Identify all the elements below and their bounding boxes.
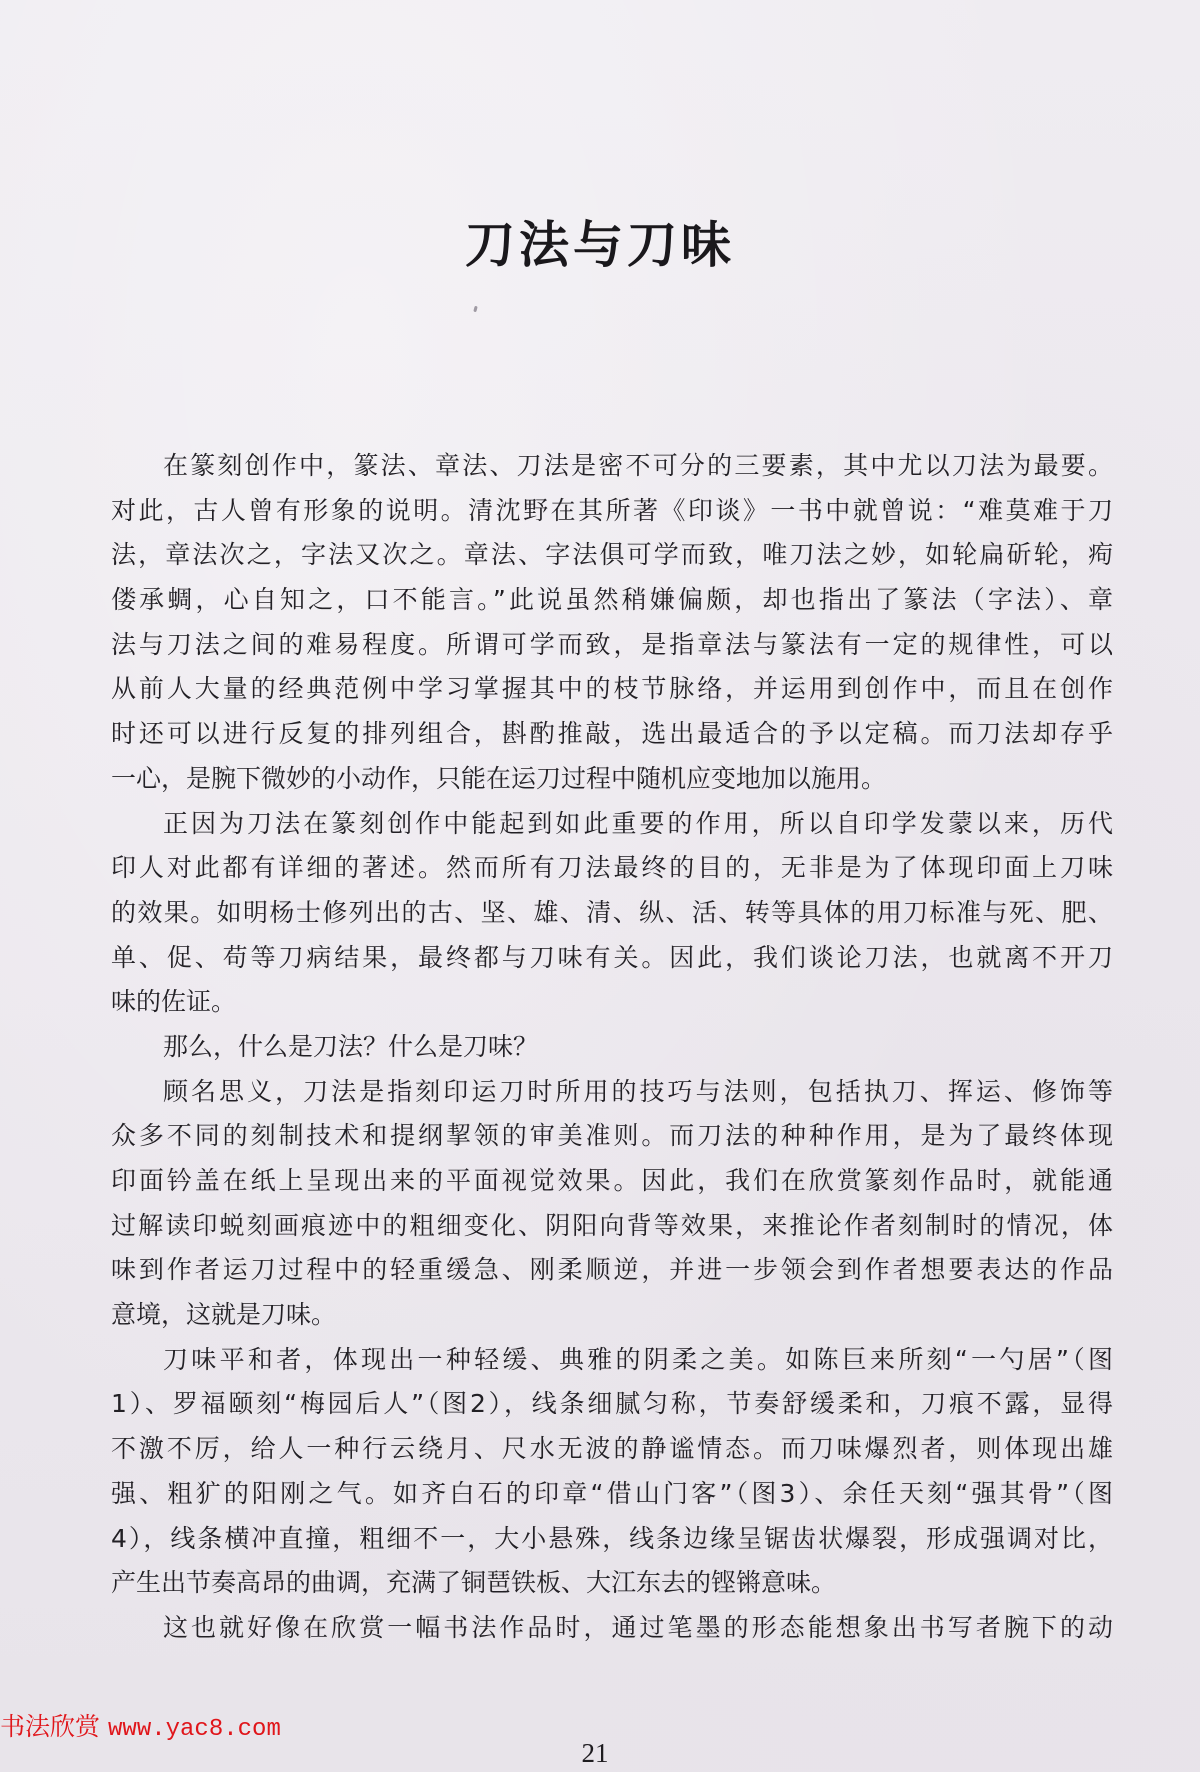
- text-line: 产生出节奏高昂的曲调，充满了铜琶铁板、大江东去的铿锵意味。: [111, 1564, 1113, 1609]
- text-line: 不激不厉，给人一种行云绕月、尺水无波的静谧情态。而刀味爆烈者，则体现出雄: [111, 1430, 1113, 1475]
- text-line: 正因为刀法在篆刻创作中能起到如此重要的作用，所以自印学发蒙以来，历代: [111, 805, 1113, 850]
- text-line: 意境，这就是刀味。: [111, 1296, 1113, 1341]
- text-line: 在篆刻创作中，篆法、章法、刀法是密不可分的三要素，其中尤以刀法为最要。: [111, 447, 1113, 492]
- text-line: 单、促、苟等刀病结果，最终都与刀味有关。因此，我们谈论刀法，也就离不开刀: [111, 939, 1113, 984]
- text-line: 刀味平和者，体现出一种轻缓、典雅的阴柔之美。如陈巨来所刻“一勺居”（图: [111, 1341, 1113, 1386]
- text-line: 时还可以进行反复的排列组合，斟酌推敲，选出最适合的予以定稿。而刀法却存乎: [111, 715, 1113, 760]
- text-line: 过解读印蜕刻画痕迹中的粗细变化、阴阳向背等效果，来推论作者刻制时的情况，体: [111, 1207, 1113, 1252]
- text-line: 那么，什么是刀法？什么是刀味？: [111, 1028, 1113, 1073]
- text-line: 味的佐证。: [111, 983, 1113, 1028]
- text-line: 的效果。如明杨士修列出的古、坚、雄、清、纵、活、转等具体的用刀标准与死、肥、: [111, 894, 1113, 939]
- text-line: 这也就好像在欣赏一幅书法作品时，通过笔墨的形态能想象出书写者腕下的动: [111, 1609, 1113, 1654]
- page-number: 21: [0, 1738, 1190, 1768]
- text-line: 从前人大量的经典范例中学习掌握其中的枝节脉络，并运用到创作中，而且在创作: [111, 670, 1113, 715]
- chapter-title: 刀法与刀味: [0, 214, 1200, 276]
- paragraph-4: 顾名思义，刀法是指刻印运刀时所用的技巧与法则，包括执刀、挥运、修饰等 众多不同的…: [111, 1073, 1113, 1341]
- paragraph-5: 刀味平和者，体现出一种轻缓、典雅的阴柔之美。如陈巨来所刻“一勺居”（图 1）、罗…: [111, 1341, 1113, 1609]
- text-line: 偻承蜩，心自知之，口不能言。”此说虽然稍嫌偏颇，却也指出了篆法（字法）、章: [111, 581, 1113, 626]
- text-line: 4），线条横冲直撞，粗细不一，大小悬殊，线条边缘呈锯齿状爆裂，形成强调对比，: [111, 1520, 1113, 1565]
- book-page: 刀法与刀味 在篆刻创作中，篆法、章法、刀法是密不可分的三要素，其中尤以刀法为最要…: [0, 0, 1200, 1772]
- paragraph-3: 那么，什么是刀法？什么是刀味？: [111, 1028, 1113, 1073]
- text-line: 法，章法次之，字法又次之。章法、字法俱可学而致，唯刀法之妙，如轮扁斫轮，痀: [111, 536, 1113, 581]
- text-line: 众多不同的刻制技术和提纲挈领的审美准则。而刀法的种种作用，是为了最终体现: [111, 1117, 1113, 1162]
- text-line: 味到作者运刀过程中的轻重缓急、刚柔顺逆，并进一步领会到作者想要表达的作品: [111, 1251, 1113, 1296]
- text-line: 对此，古人曾有形象的说明。清沈野在其所著《印谈》一书中就曾说：“难莫难于刀: [111, 492, 1113, 537]
- body-text: 在篆刻创作中，篆法、章法、刀法是密不可分的三要素，其中尤以刀法为最要。 对此，古…: [111, 447, 1113, 1654]
- text-line: 1）、罗福颐刻“梅园后人”（图2），线条细腻匀称，节奏舒缓柔和，刀痕不露，显得: [111, 1385, 1113, 1430]
- paragraph-6: 这也就好像在欣赏一幅书法作品时，通过笔墨的形态能想象出书写者腕下的动: [111, 1609, 1113, 1654]
- scan-speck: [473, 306, 477, 313]
- watermark-label: 书法欣赏: [0, 1712, 100, 1741]
- text-line: 顾名思义，刀法是指刻印运刀时所用的技巧与法则，包括执刀、挥运、修饰等: [111, 1073, 1113, 1118]
- text-line: 印面钤盖在纸上呈现出来的平面视觉效果。因此，我们在欣赏篆刻作品时，就能通: [111, 1162, 1113, 1207]
- paragraph-2: 正因为刀法在篆刻创作中能起到如此重要的作用，所以自印学发蒙以来，历代 印人对此都…: [111, 805, 1113, 1028]
- text-line: 一心，是腕下微妙的小动作，只能在运刀过程中随机应变地加以施用。: [111, 760, 1113, 805]
- paragraph-1: 在篆刻创作中，篆法、章法、刀法是密不可分的三要素，其中尤以刀法为最要。 对此，古…: [111, 447, 1113, 805]
- text-line: 法与刀法之间的难易程度。所谓可学而致，是指章法与篆法有一定的规律性，可以: [111, 626, 1113, 671]
- text-line: 印人对此都有详细的著述。然而所有刀法最终的目的，无非是为了体现印面上刀味: [111, 849, 1113, 894]
- text-line: 强、粗犷的阳刚之气。如齐白石的印章“借山门客”（图3）、余任天刻“强其骨”（图: [111, 1475, 1113, 1520]
